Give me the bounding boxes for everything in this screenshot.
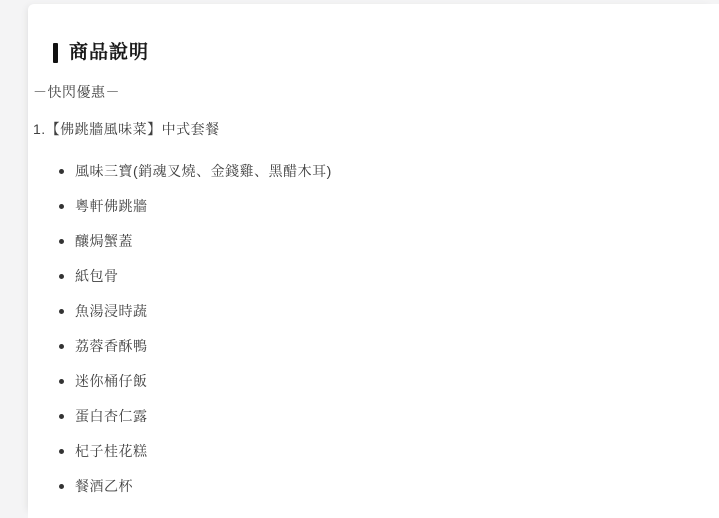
bullet-icon [59,309,64,314]
page-title: 商品說明 [69,43,149,63]
list-item: 釀焗蟹蓋 [28,231,719,251]
list-item-label: 迷你桶仔飯 [75,371,148,391]
bullet-icon [59,484,64,489]
flash-sale-subtitle: －快閃優惠－ [33,82,719,102]
set-menu-title: 1.【佛跳牆風味菜】中式套餐 [33,119,719,139]
list-item: 杞子桂花糕 [28,441,719,461]
list-item: 荔蓉香酥鴨 [28,336,719,356]
list-item-label: 荔蓉香酥鴨 [75,336,148,356]
bullet-icon [59,344,64,349]
page-background: { "page": { "background_color": "#f4f4f5… [0,0,719,518]
list-item: 風味三寶(銷魂叉燒、金錢雞、黑醋木耳) [28,161,719,181]
content-card: 商品說明 －快閃優惠－ 1.【佛跳牆風味菜】中式套餐 風味三寶(銷魂叉燒、金錢雞… [28,4,719,518]
list-item-label: 風味三寶(銷魂叉燒、金錢雞、黑醋木耳) [75,161,332,181]
section-heading: 商品說明 [53,43,719,63]
accent-bar-icon [53,43,58,63]
bullet-icon [59,379,64,384]
bullet-icon [59,274,64,279]
list-item-label: 魚湯浸時蔬 [75,301,148,321]
list-item: 餐酒乙杯 [28,476,719,496]
list-item-label: 餐酒乙杯 [75,476,133,496]
bullet-icon [59,449,64,454]
bullet-icon [59,414,64,419]
list-item-label: 蛋白杏仁露 [75,406,148,426]
bullet-icon [59,239,64,244]
bullet-icon [59,169,64,174]
list-item-label: 釀焗蟹蓋 [75,231,133,251]
list-item: 蛋白杏仁露 [28,406,719,426]
list-item-label: 杞子桂花糕 [75,441,148,461]
list-item: 魚湯浸時蔬 [28,301,719,321]
list-item: 迷你桶仔飯 [28,371,719,391]
list-item-label: 紙包骨 [75,266,119,286]
list-item: 粵軒佛跳牆 [28,196,719,216]
bullet-icon [59,204,64,209]
list-item: 紙包骨 [28,266,719,286]
menu-item-list: 風味三寶(銷魂叉燒、金錢雞、黑醋木耳) 粵軒佛跳牆 釀焗蟹蓋 紙包骨 魚湯浸時蔬 [28,161,719,496]
list-item-label: 粵軒佛跳牆 [75,196,148,216]
